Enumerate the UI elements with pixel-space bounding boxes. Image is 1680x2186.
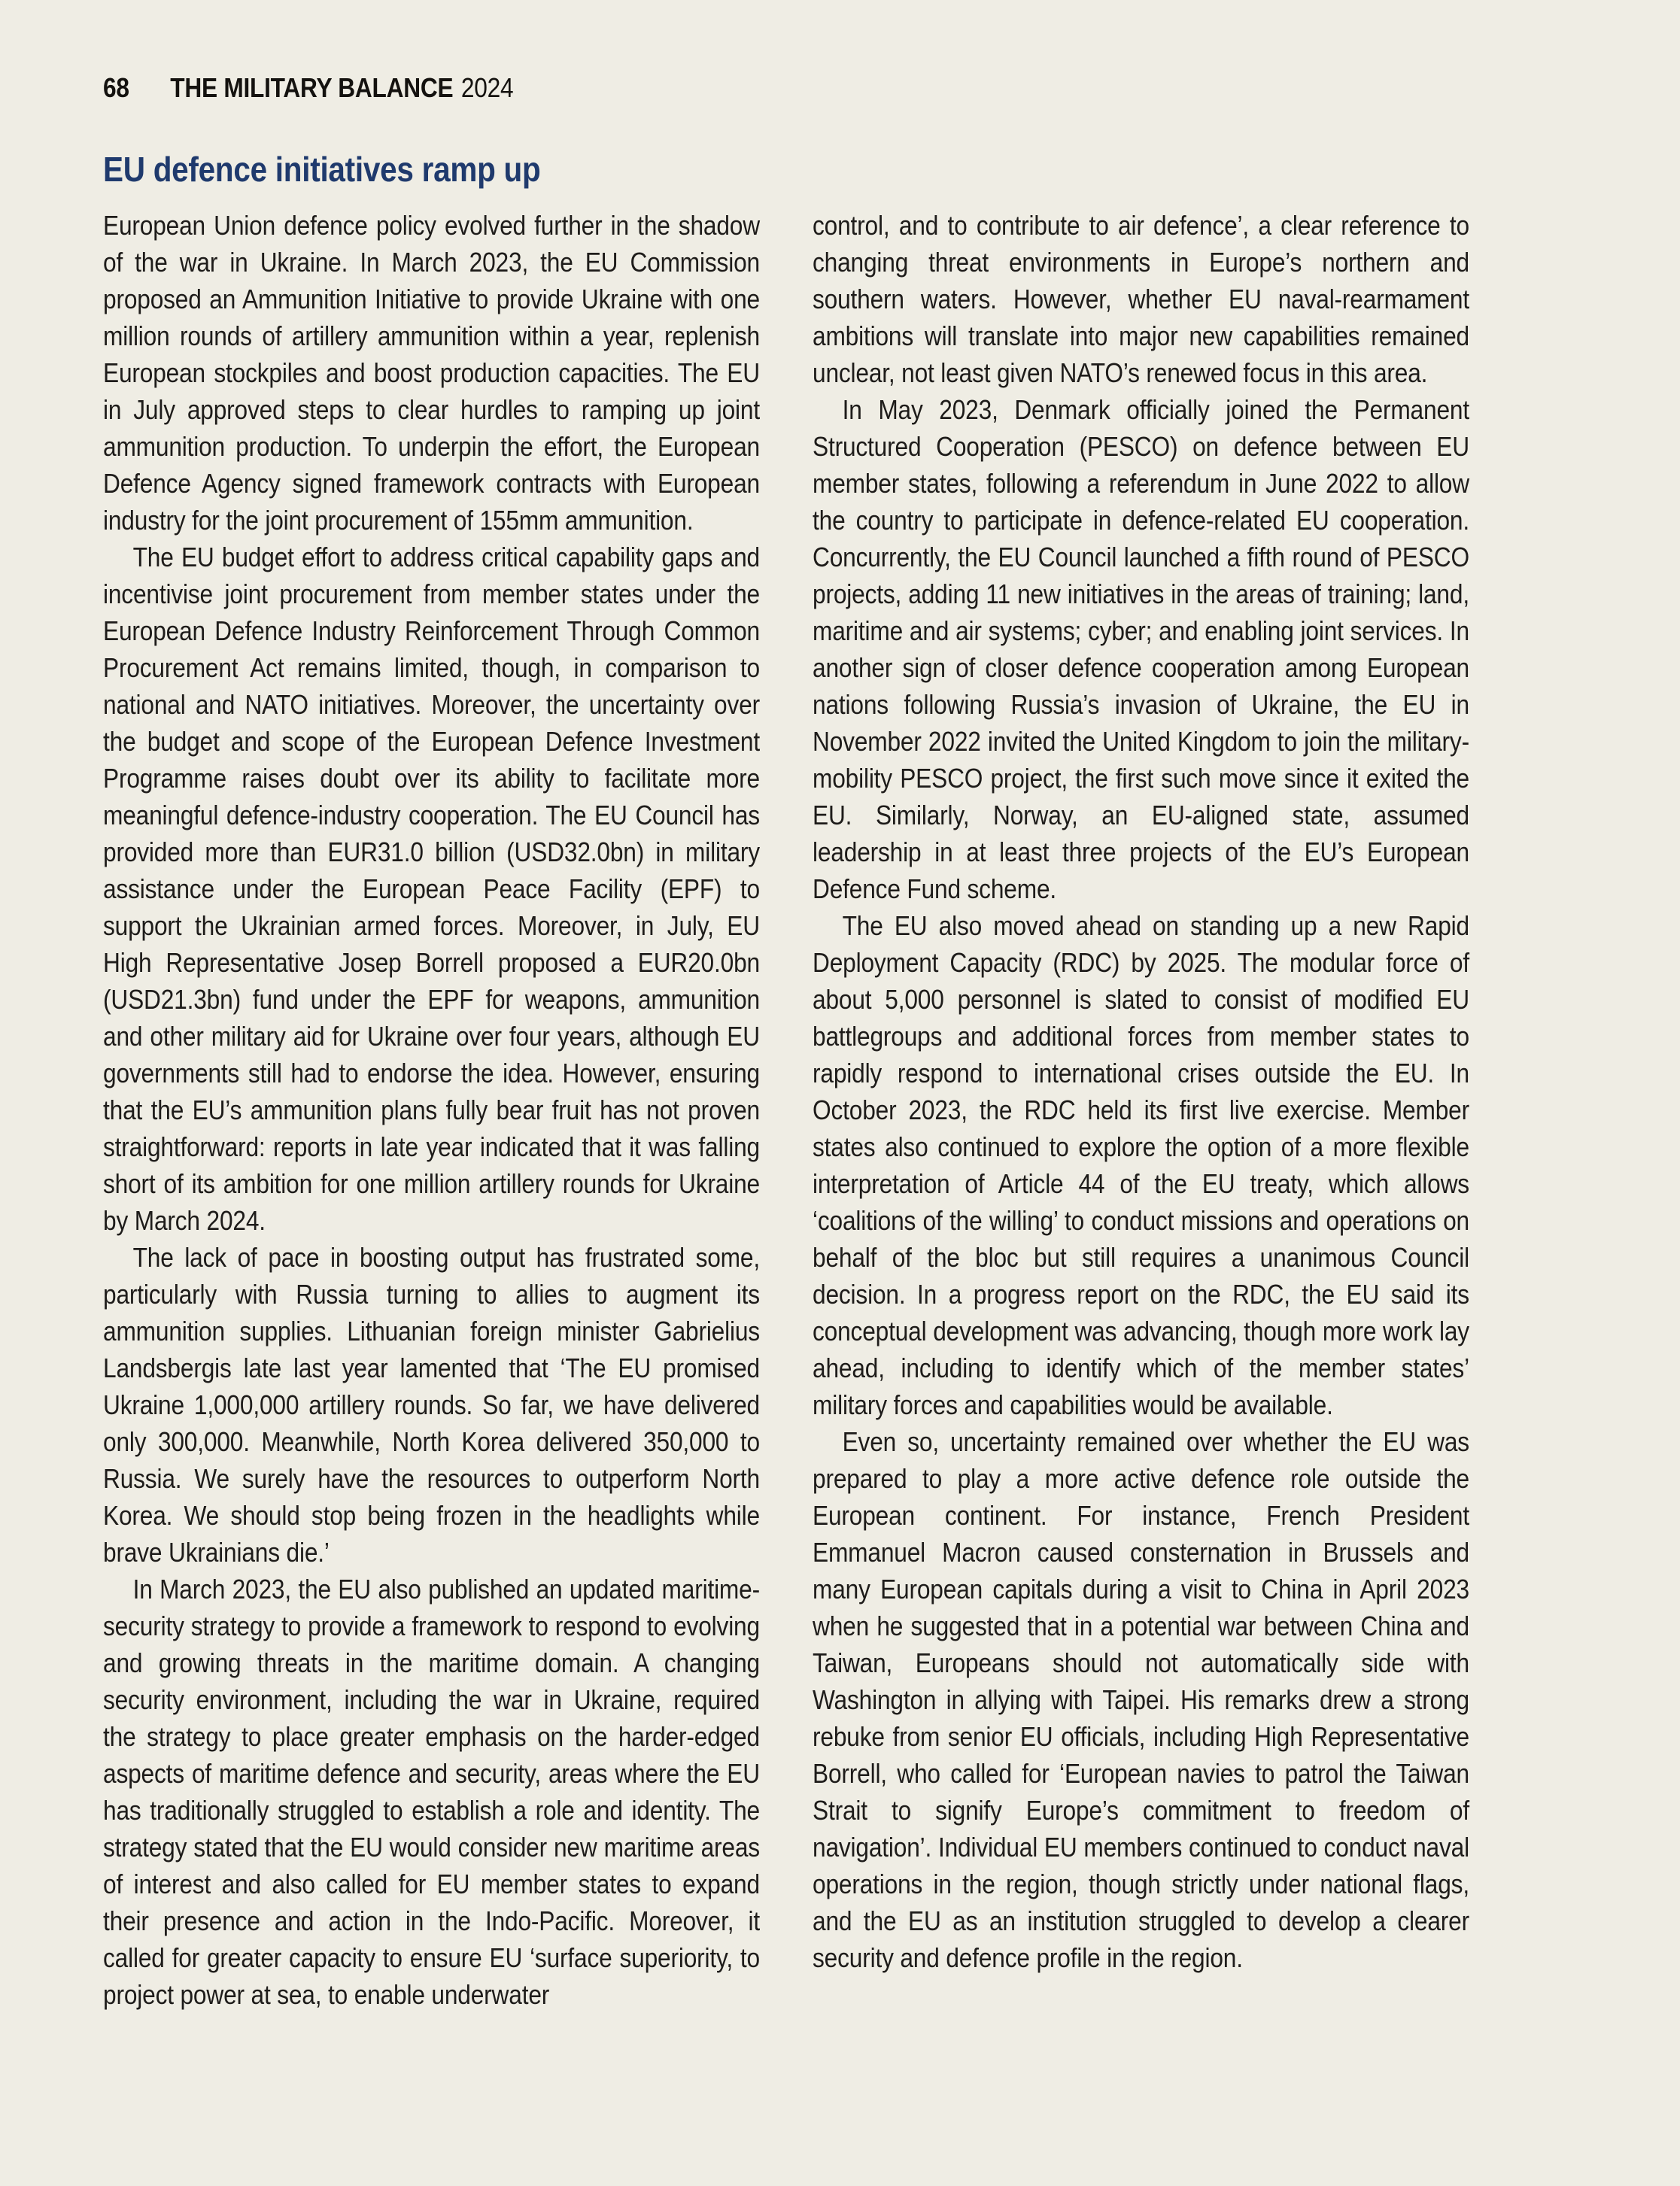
paragraph: The EU budget effort to address critical… bbox=[103, 539, 760, 1239]
book-title: THE MILITARY BALANCE bbox=[170, 72, 453, 103]
running-head: 68THE MILITARY BALANCE2024 bbox=[103, 72, 513, 104]
paragraph: European Union defence policy evolved fu… bbox=[103, 207, 760, 539]
text-column-right: control, and to contribute to air defenc… bbox=[813, 207, 1469, 1976]
section-heading: EU defence initiatives ramp up bbox=[103, 149, 540, 190]
paragraph: In March 2023, the EU also published an … bbox=[103, 1571, 760, 2013]
book-page: 68THE MILITARY BALANCE2024 EU defence in… bbox=[0, 0, 1680, 2186]
paragraph: The lack of pace in boosting output has … bbox=[103, 1239, 760, 1571]
paragraph: control, and to contribute to air defenc… bbox=[813, 207, 1469, 391]
paragraph: In May 2023, Denmark officially joined t… bbox=[813, 391, 1469, 907]
paragraph: Even so, uncertainty remained over wheth… bbox=[813, 1423, 1469, 1976]
paragraph: The EU also moved ahead on standing up a… bbox=[813, 907, 1469, 1423]
book-year: 2024 bbox=[461, 72, 513, 103]
text-column-left: European Union defence policy evolved fu… bbox=[103, 207, 760, 2013]
page-number: 68 bbox=[103, 72, 129, 103]
